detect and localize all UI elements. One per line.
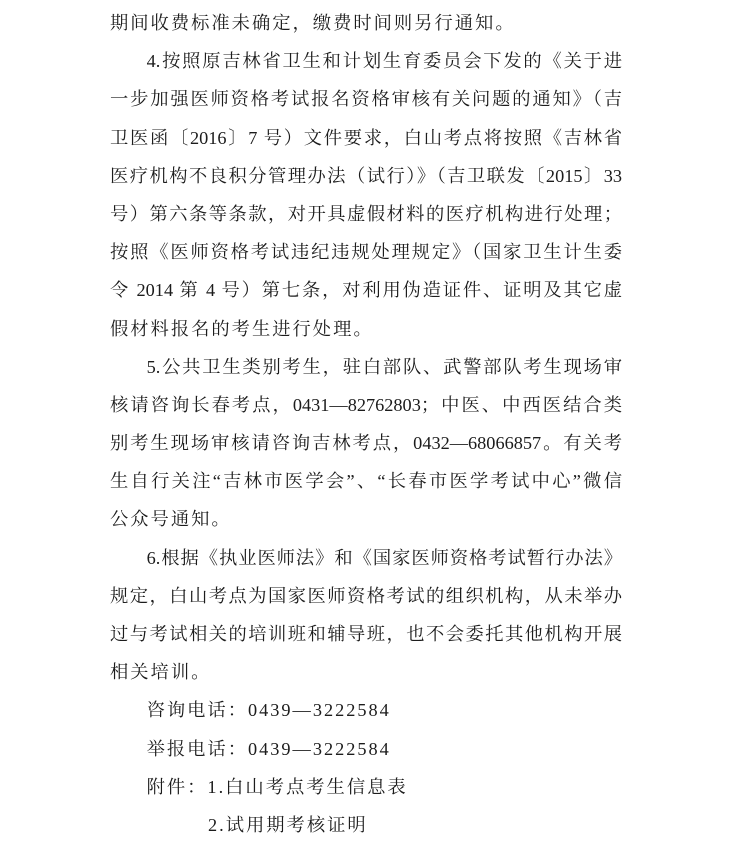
document-line: 咨询电话：0439—3222584 [110, 691, 622, 729]
document-line: 规定，白山考点为国家医师资格考试的组织机构，从未举办 [110, 577, 622, 615]
document-line: 期间收费标准未确定，缴费时间则另行通知。 [110, 4, 622, 42]
document-line: 2.试用期考核证明 [110, 806, 622, 842]
document-line: 公众号通知。 [110, 500, 622, 538]
document-line: 附件：1.白山考点考生信息表 [110, 768, 622, 806]
document-line: 号）第六条等条款，对开具虚假材料的医疗机构进行处理； [110, 195, 622, 233]
document-line: 生自行关注“吉林市医学会”、“长春市医学考试中心”微信 [110, 462, 622, 500]
document-line: 别考生现场审核请咨询吉林考点，0432—68066857。有关考 [110, 424, 622, 462]
document-line: 相关培训。 [110, 653, 622, 691]
document-line: 4.按照原吉林省卫生和计划生育委员会下发的《关于进 [110, 42, 622, 80]
document-text-block: 期间收费标准未确定，缴费时间则另行通知。4.按照原吉林省卫生和计划生育委员会下发… [110, 4, 622, 842]
document-page: 期间收费标准未确定，缴费时间则另行通知。4.按照原吉林省卫生和计划生育委员会下发… [0, 0, 733, 842]
document-line: 5.公共卫生类别考生，驻白部队、武警部队考生现场审 [110, 348, 622, 386]
document-line: 举报电话：0439—3222584 [110, 730, 622, 768]
document-line: 假材料报名的考生进行处理。 [110, 310, 622, 348]
document-line: 按照《医师资格考试违纪违规处理规定》（国家卫生计生委 [110, 233, 622, 271]
document-line: 6.根据《执业医师法》和《国家医师资格考试暂行办法》 [110, 539, 622, 577]
document-line: 一步加强医师资格考试报名资格审核有关问题的通知》（吉 [110, 80, 622, 118]
document-line: 医疗机构不良积分管理办法（试行）》（吉卫联发〔2015〕33 [110, 157, 622, 195]
document-line: 过与考试相关的培训班和辅导班，也不会委托其他机构开展 [110, 615, 622, 653]
document-line: 卫医函〔2016〕7 号）文件要求，白山考点将按照《吉林省 [110, 119, 622, 157]
document-line: 核请咨询长春考点，0431—82762803；中医、中西医结合类 [110, 386, 622, 424]
document-line: 令 2014 第 4 号）第七条，对利用伪造证件、证明及其它虚 [110, 271, 622, 309]
